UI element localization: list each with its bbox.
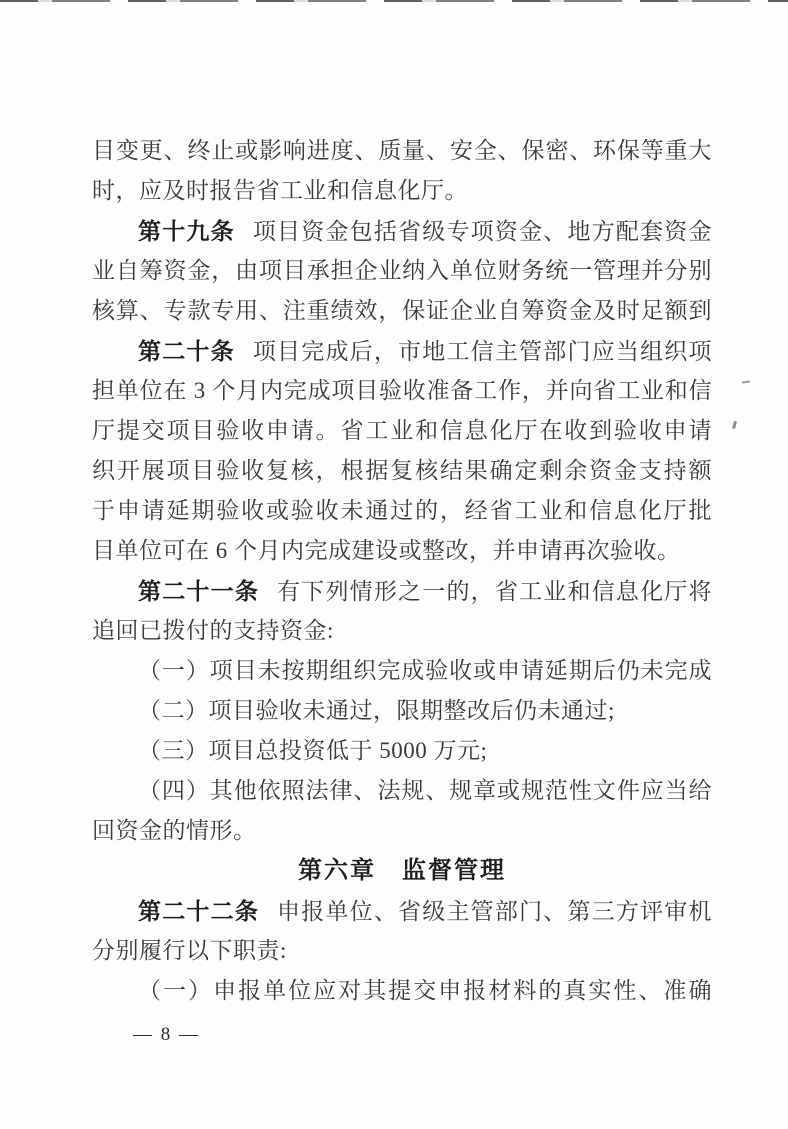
line-text: （四）其他依照法律、法规、规章或规范性文件应当给予追 <box>138 778 712 811</box>
line-text: 于申请延期验收或验收未通过的，经省工业和信息化厅批准，项 <box>92 498 712 531</box>
text-line: （一）申报单位应对其提交申报材料的真实性、准确性、完 <box>92 971 712 1011</box>
text-line: （四）其他依照法律、法规、规章或规范性文件应当给予追 <box>92 771 712 811</box>
document-page: 目变更、终止或影响进度、质量、安全、保密、环保等重大问题时，应及时报告省工业和信… <box>0 0 788 1129</box>
text-line: 厅提交项目验收申请。省工业和信息化厅在收到验收申请后，组 <box>92 411 712 451</box>
line-text: 时，应及时报告省工业和信息化厅。 <box>92 178 468 203</box>
document-body: 目变更、终止或影响进度、质量、安全、保密、环保等重大问题时，应及时报告省工业和信… <box>92 131 712 1011</box>
text-line: 第二十二条申报单位、省级主管部门、第三方评审机构等 <box>92 891 712 931</box>
scan-speck-comma-icon <box>732 421 737 429</box>
line-text: 目变更、终止或影响进度、质量、安全、保密、环保等重大问题 <box>92 138 712 171</box>
text-line: 目变更、终止或影响进度、质量、安全、保密、环保等重大问题 <box>92 131 712 171</box>
line-text: 担单位在 3 个月内完成项目验收准备工作，并向省工业和信息化 <box>92 378 712 411</box>
line-text: 分别履行以下职责: <box>92 938 287 963</box>
line-text: 核算、专款专用、注重绩效，保证企业自筹资金及时足额到位。 <box>92 298 712 331</box>
line-text: （二）项目验收未通过，限期整改后仍未通过; <box>138 698 615 723</box>
text-line: 于申请延期验收或验收未通过的，经省工业和信息化厅批准，项 <box>92 491 712 531</box>
text-line: 第十九条项目资金包括省级专项资金、地方配套资金和企 <box>92 211 712 251</box>
text-line: 第二十条项目完成后，市地工信主管部门应当组织项目承 <box>92 331 712 371</box>
text-line: 核算、专款专用、注重绩效，保证企业自筹资金及时足额到位。 <box>92 291 712 331</box>
line-text: （三）项目总投资低于 5000 万元; <box>138 738 487 763</box>
text-line: （二）项目验收未通过，限期整改后仍未通过; <box>92 691 712 731</box>
text-line: 追回已拨付的支持资金: <box>92 611 712 651</box>
text-line: （三）项目总投资低于 5000 万元; <box>92 731 712 771</box>
text-line: 时，应及时报告省工业和信息化厅。 <box>92 171 712 211</box>
page-number: — 8 — <box>133 1024 200 1046</box>
scan-edge-artifact <box>0 0 788 2</box>
line-text: 回资金的情形。 <box>92 818 257 843</box>
scan-speck-dash-icon <box>742 380 750 383</box>
text-line: 回资金的情形。 <box>92 811 712 851</box>
line-text: （一）项目未按期组织完成验收或申请延期后仍未完成验收； <box>138 658 712 691</box>
line-text: 追回已拨付的支持资金: <box>92 618 334 643</box>
chapter-heading-text: 第六章 监督管理 <box>298 857 506 884</box>
article-number: 第二十二条 <box>138 898 259 924</box>
article-number: 第二十条 <box>138 338 235 364</box>
text-line: 业自筹资金，由项目承担企业纳入单位财务统一管理并分别单独 <box>92 251 712 291</box>
text-line: 担单位在 3 个月内完成项目验收准备工作，并向省工业和信息化 <box>92 371 712 411</box>
article-number: 第十九条 <box>138 218 235 244</box>
line-text: 厅提交项目验收申请。省工业和信息化厅在收到验收申请后，组 <box>92 418 712 451</box>
text-line: 第二十一条有下列情形之一的，省工业和信息化厅将牵头 <box>92 571 712 611</box>
article-number: 第二十一条 <box>138 578 259 604</box>
line-text: （一）申报单位应对其提交申报材料的真实性、准确性、完 <box>138 978 712 1011</box>
text-line: （一）项目未按期组织完成验收或申请延期后仍未完成验收； <box>92 651 712 691</box>
text-line: 目单位可在 6 个月内完成建设或整改，并申请再次验收。 <box>92 531 712 571</box>
chapter-heading: 第六章 监督管理 <box>92 851 712 891</box>
text-line: 分别履行以下职责: <box>92 931 712 971</box>
line-text: 业自筹资金，由项目承担企业纳入单位财务统一管理并分别单独 <box>92 258 712 291</box>
text-line: 织开展项目验收复核，根据复核结果确定剩余资金支持额度。对 <box>92 451 712 491</box>
line-text: 目单位可在 6 个月内完成建设或整改，并申请再次验收。 <box>92 538 681 563</box>
line-text: 织开展项目验收复核，根据复核结果确定剩余资金支持额度。对 <box>92 458 712 491</box>
